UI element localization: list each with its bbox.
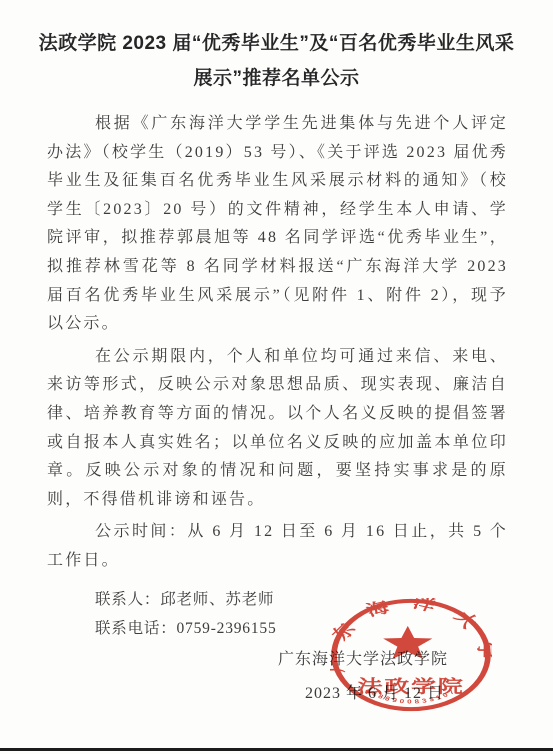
document-body: 根据《广东海洋大学学生先进集体与先进个人评定办法》（校学生（2019）53 号）…: [47, 110, 508, 643]
paragraph-publicity-period: 公示时间：从 6 月 12 日至 6 月 16 日止，共 5 个工作日。: [47, 518, 508, 575]
paragraph-feedback-rules: 在公示期限内，个人和单位均可通过来信、来电、来访等形式，反映公示对象思想品质、现…: [47, 343, 508, 515]
announcement-page: 法政学院 2023 届“优秀毕业生”及“百名优秀毕业生风采 展示”推荐名单公示 …: [0, 0, 553, 754]
paragraph-basis: 根据《广东海洋大学学生先进集体与先进个人评定办法》（校学生（2019）53 号）…: [47, 110, 508, 339]
title-line-2: 展示”推荐名单公示: [0, 61, 553, 96]
title-line-1: 法政学院 2023 届“优秀毕业生”及“百名优秀毕业生风采: [0, 26, 553, 61]
page-edge-line: [0, 748, 553, 751]
official-seal: 广东海洋大学 法政学院 4488900833107: [330, 598, 492, 712]
seal-star-icon: [383, 626, 432, 659]
document-title: 法政学院 2023 届“优秀毕业生”及“百名优秀毕业生风采 展示”推荐名单公示: [0, 26, 553, 96]
